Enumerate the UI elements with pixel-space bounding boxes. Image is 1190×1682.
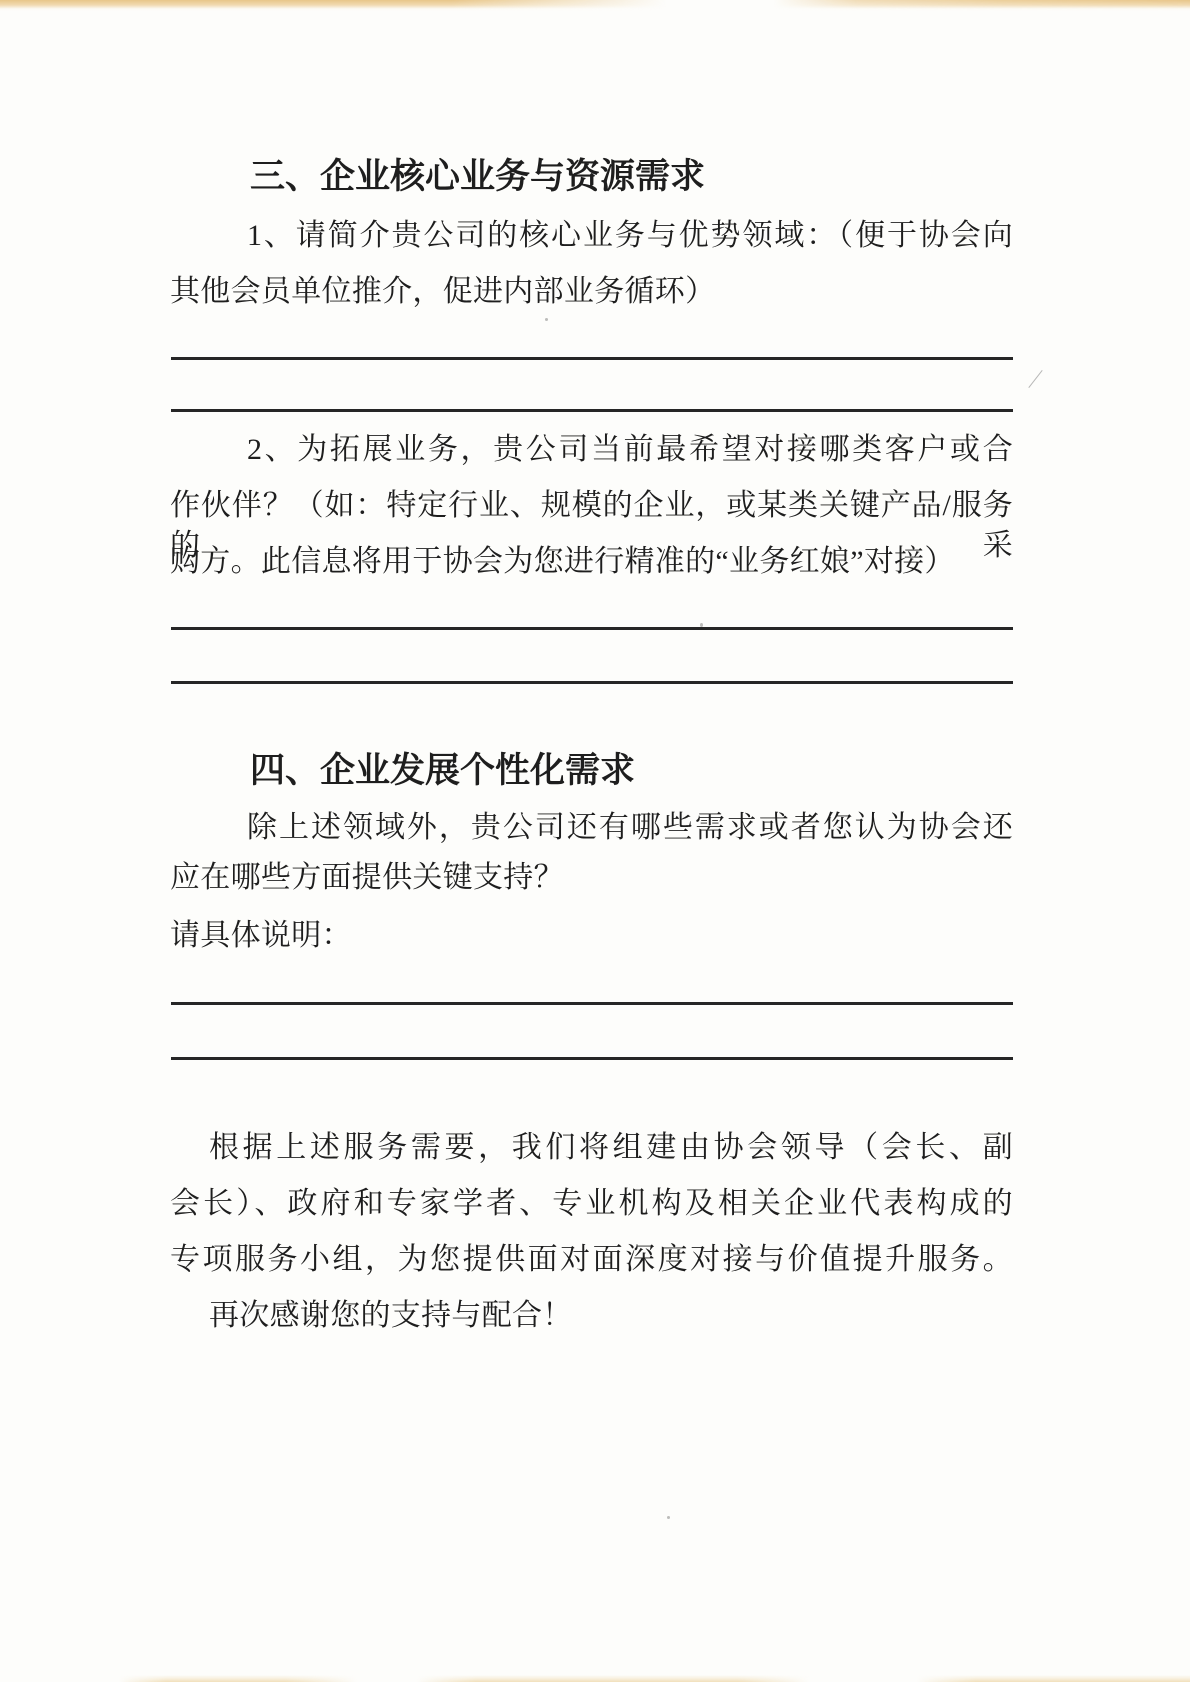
scan-speck xyxy=(667,1516,670,1519)
section4-heading: 四、企业发展个性化需求 xyxy=(250,750,635,792)
answer-blank-line xyxy=(171,409,1013,412)
scan-slash-artifact xyxy=(1028,370,1042,388)
closing-line3: 专项服务小组，为您提供面对面深度对接与价值提升服务。 xyxy=(170,1240,1013,1280)
answer-blank-line xyxy=(171,1057,1013,1060)
question1-line2: 其他会员单位推介，促进内部业务循环） xyxy=(170,272,715,312)
answer-blank-line xyxy=(171,1002,1013,1005)
question2-line3: 购方。此信息将用于协会为您进行精准的“业务红娘”对接） xyxy=(170,542,955,582)
question1-line1: 1、请简介贵公司的核心业务与优势领域：（便于协会向 xyxy=(247,216,1013,256)
section4-intro-line1: 除上述领域外，贵公司还有哪些需求或者您认为协会还 xyxy=(247,808,1013,848)
closing-line1: 根据上述服务需要，我们将组建由协会领导（会长、副 xyxy=(209,1128,1013,1168)
closing-line2: 会长）、政府和专家学者、专业机构及相关企业代表构成的 xyxy=(170,1184,1013,1224)
section4-intro-line2: 应在哪些方面提供关键支持？ xyxy=(170,858,564,898)
answer-blank-line xyxy=(171,627,1013,630)
scanned-document-page: 三、企业核心业务与资源需求 1、请简介贵公司的核心业务与优势领域：（便于协会向 … xyxy=(0,0,1190,1682)
answer-blank-line xyxy=(171,681,1013,684)
closing-line4: 再次感谢您的支持与配合！ xyxy=(209,1296,573,1336)
scan-speck xyxy=(545,318,548,321)
scan-edge-bottom-artifact xyxy=(0,1675,1190,1682)
section4-intro-line3: 请具体说明： xyxy=(170,916,352,956)
section3-heading: 三、企业核心业务与资源需求 xyxy=(250,156,705,198)
answer-blank-line xyxy=(171,357,1013,360)
scan-edge-top-artifact xyxy=(0,0,1190,11)
question2-line1: 2、为拓展业务，贵公司当前最希望对接哪类客户或合 xyxy=(247,430,1013,470)
